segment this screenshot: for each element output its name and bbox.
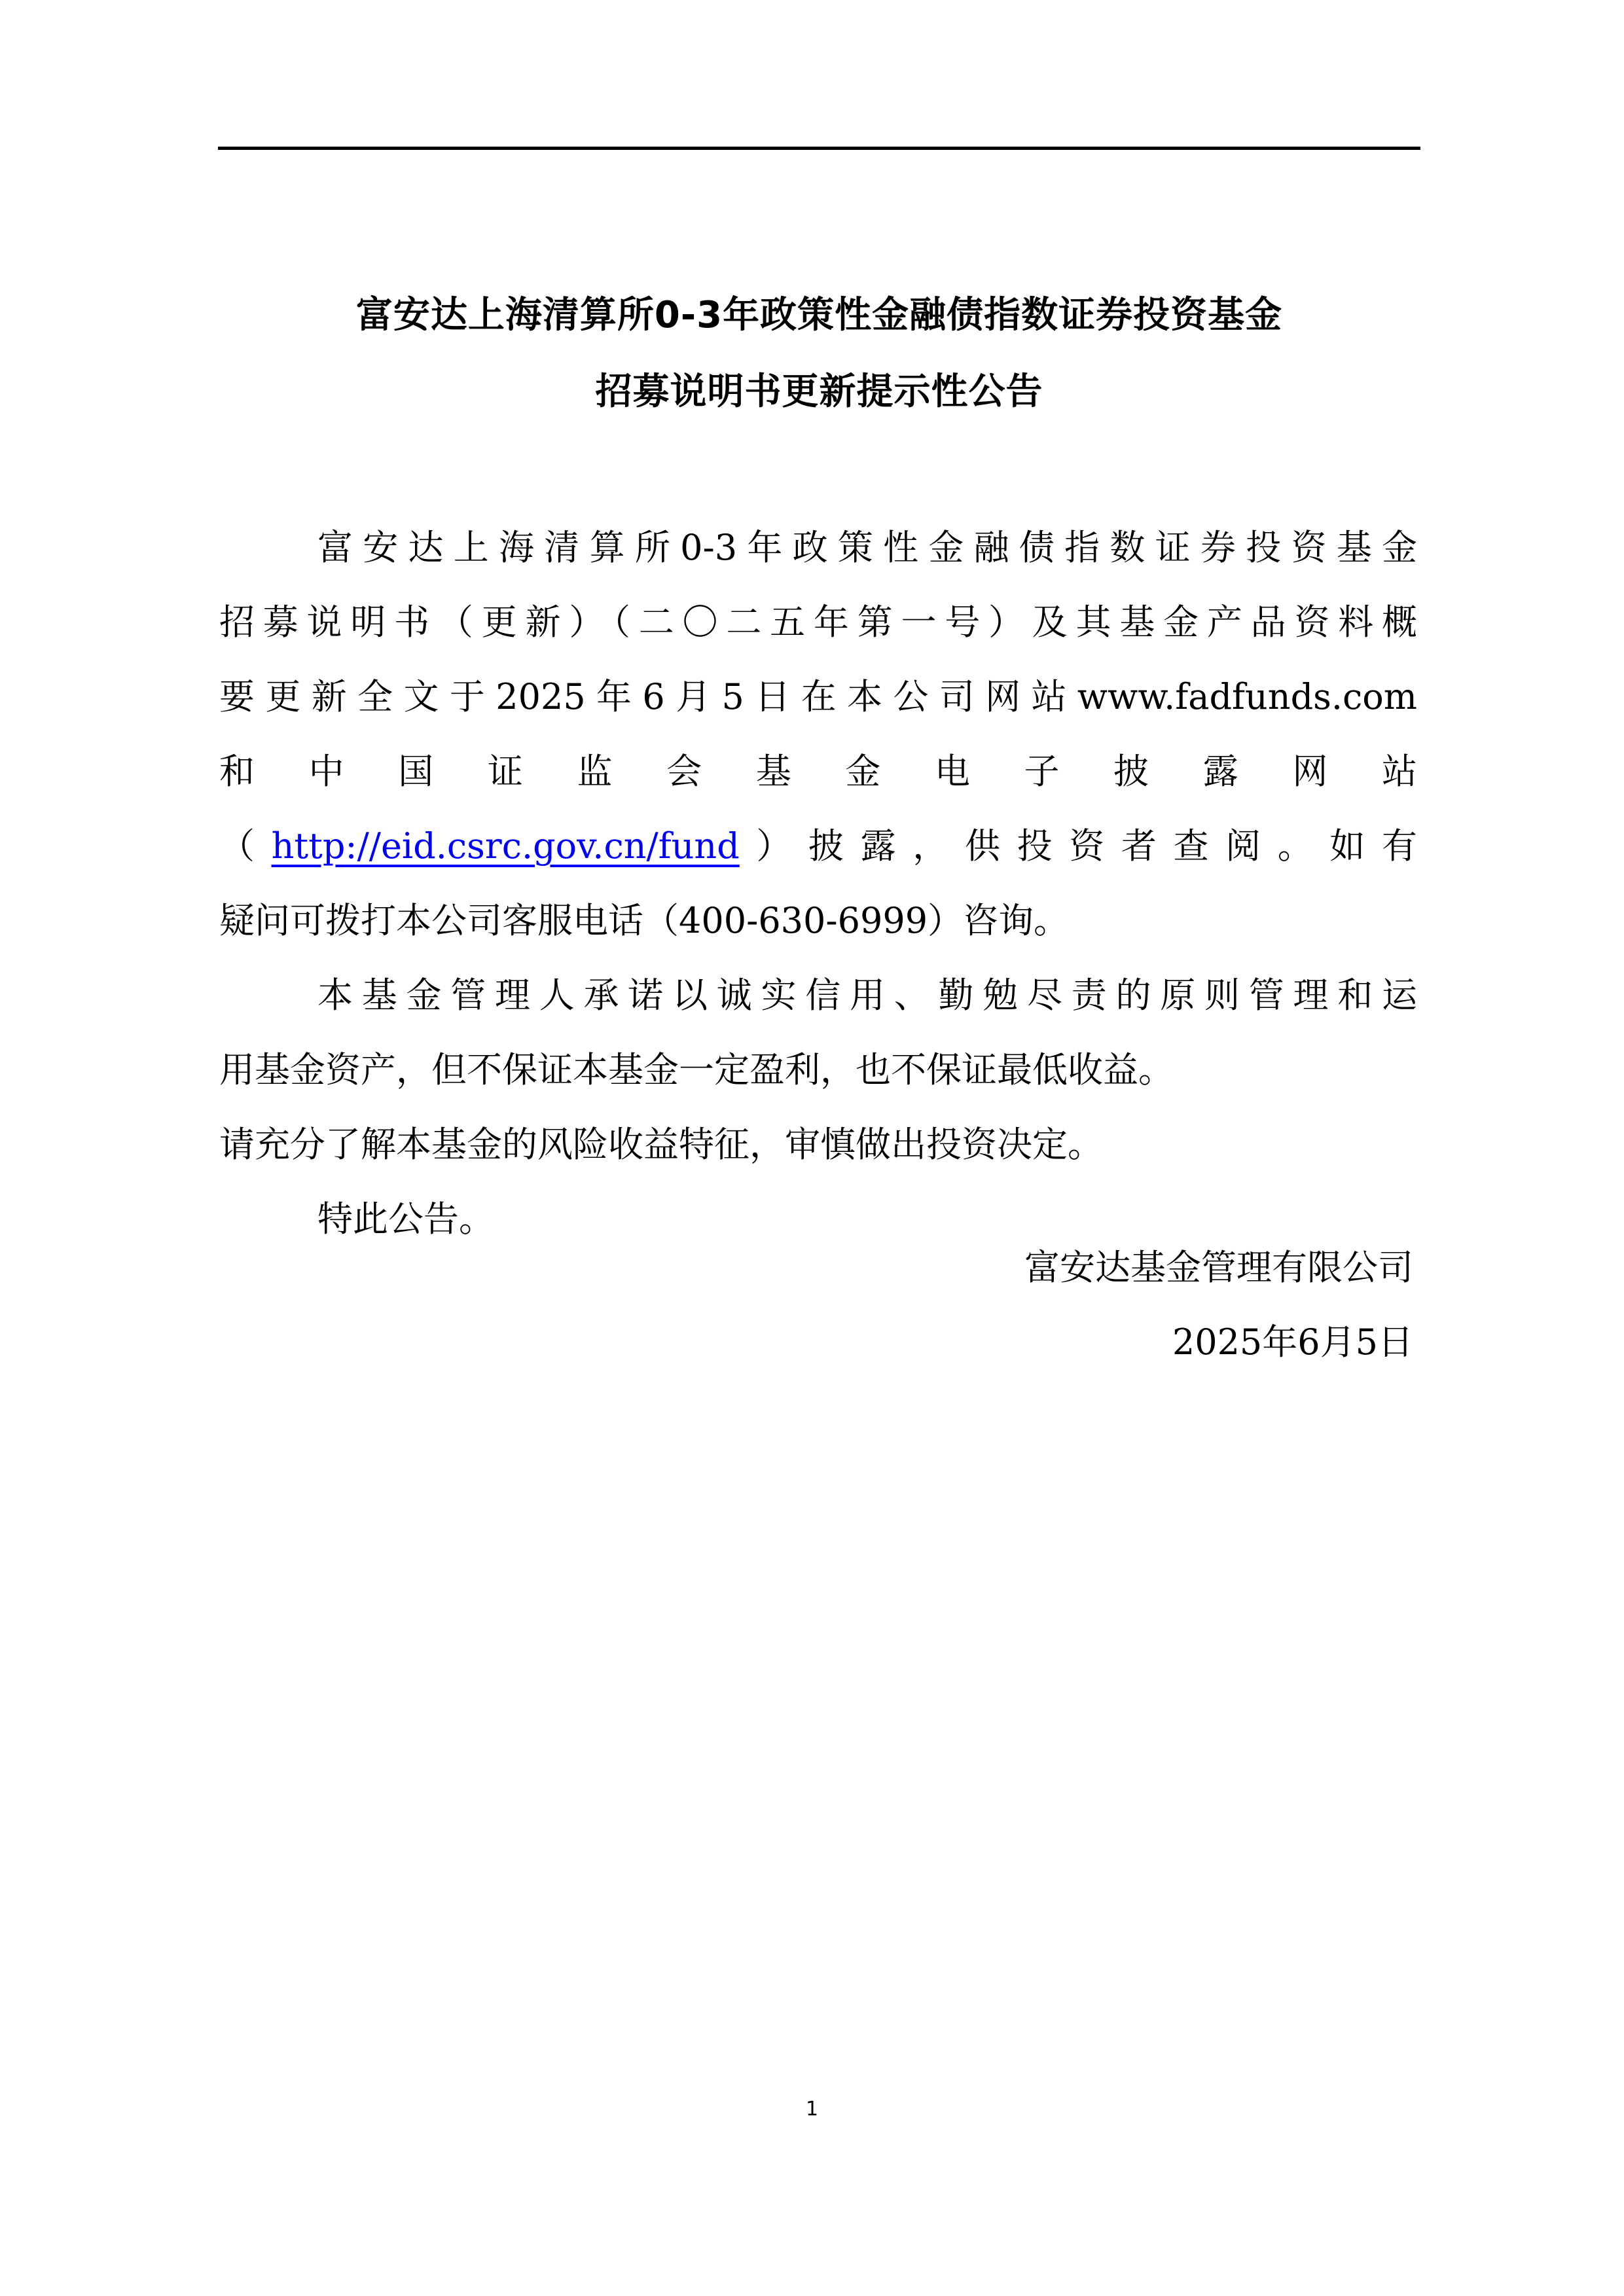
signature-company: 富安达基金管理有限公司 [1024,1230,1413,1305]
paragraph-1-line-4: 和中国证监会基金电子披露网站 [219,734,1417,809]
paragraph-1-line-5: （http://eid.csrc.gov.cn/fund）披露，供投资者查阅。如… [219,809,1417,884]
open-paren: （ [219,825,272,867]
paragraph-2-line-3: 请充分了解本基金的风险收益特征，审慎做出投资决定。 [219,1107,1417,1182]
page-number: 1 [0,2098,1624,2121]
paragraph-1-line-6: 疑问可拨打本公司客服电话（400-630-6999）咨询。 [219,884,1417,958]
paragraph-1-line-1: 富安达上海清算所0-3年政策性金融债指数证券投资基金 [219,511,1417,585]
paragraph-1-line-3: 要更新全文于2025年6月5日在本公司网站www.fadfunds.com [219,660,1417,734]
line-5-rest: ）披露，供投资者查阅。如有 [740,825,1417,867]
paragraph-2-line-2: 用基金资产，但不保证本基金一定盈利，也不保证最低收益。 [219,1033,1417,1107]
document-title-line-1: 富安达上海清算所0-3年政策性金融债指数证券投资基金 [218,293,1420,338]
paragraph-1-line-2: 招募说明书（更新）（二〇二五年第一号）及其基金产品资料概 [219,585,1417,660]
document-body: 富安达上海清算所0-3年政策性金融债指数证券投资基金 招募说明书（更新）（二〇二… [219,511,1417,1257]
header-rule [218,147,1420,150]
paragraph-2-line-1: 本基金管理人承诺以诚实信用、勤勉尽责的原则管理和运 [219,958,1417,1033]
signature-date: 2025年6月5日 [1172,1305,1413,1380]
csrc-disclosure-link[interactable]: http://eid.csrc.gov.cn/fund [272,825,740,867]
document-title-line-2: 招募说明书更新提示性公告 [218,369,1420,415]
